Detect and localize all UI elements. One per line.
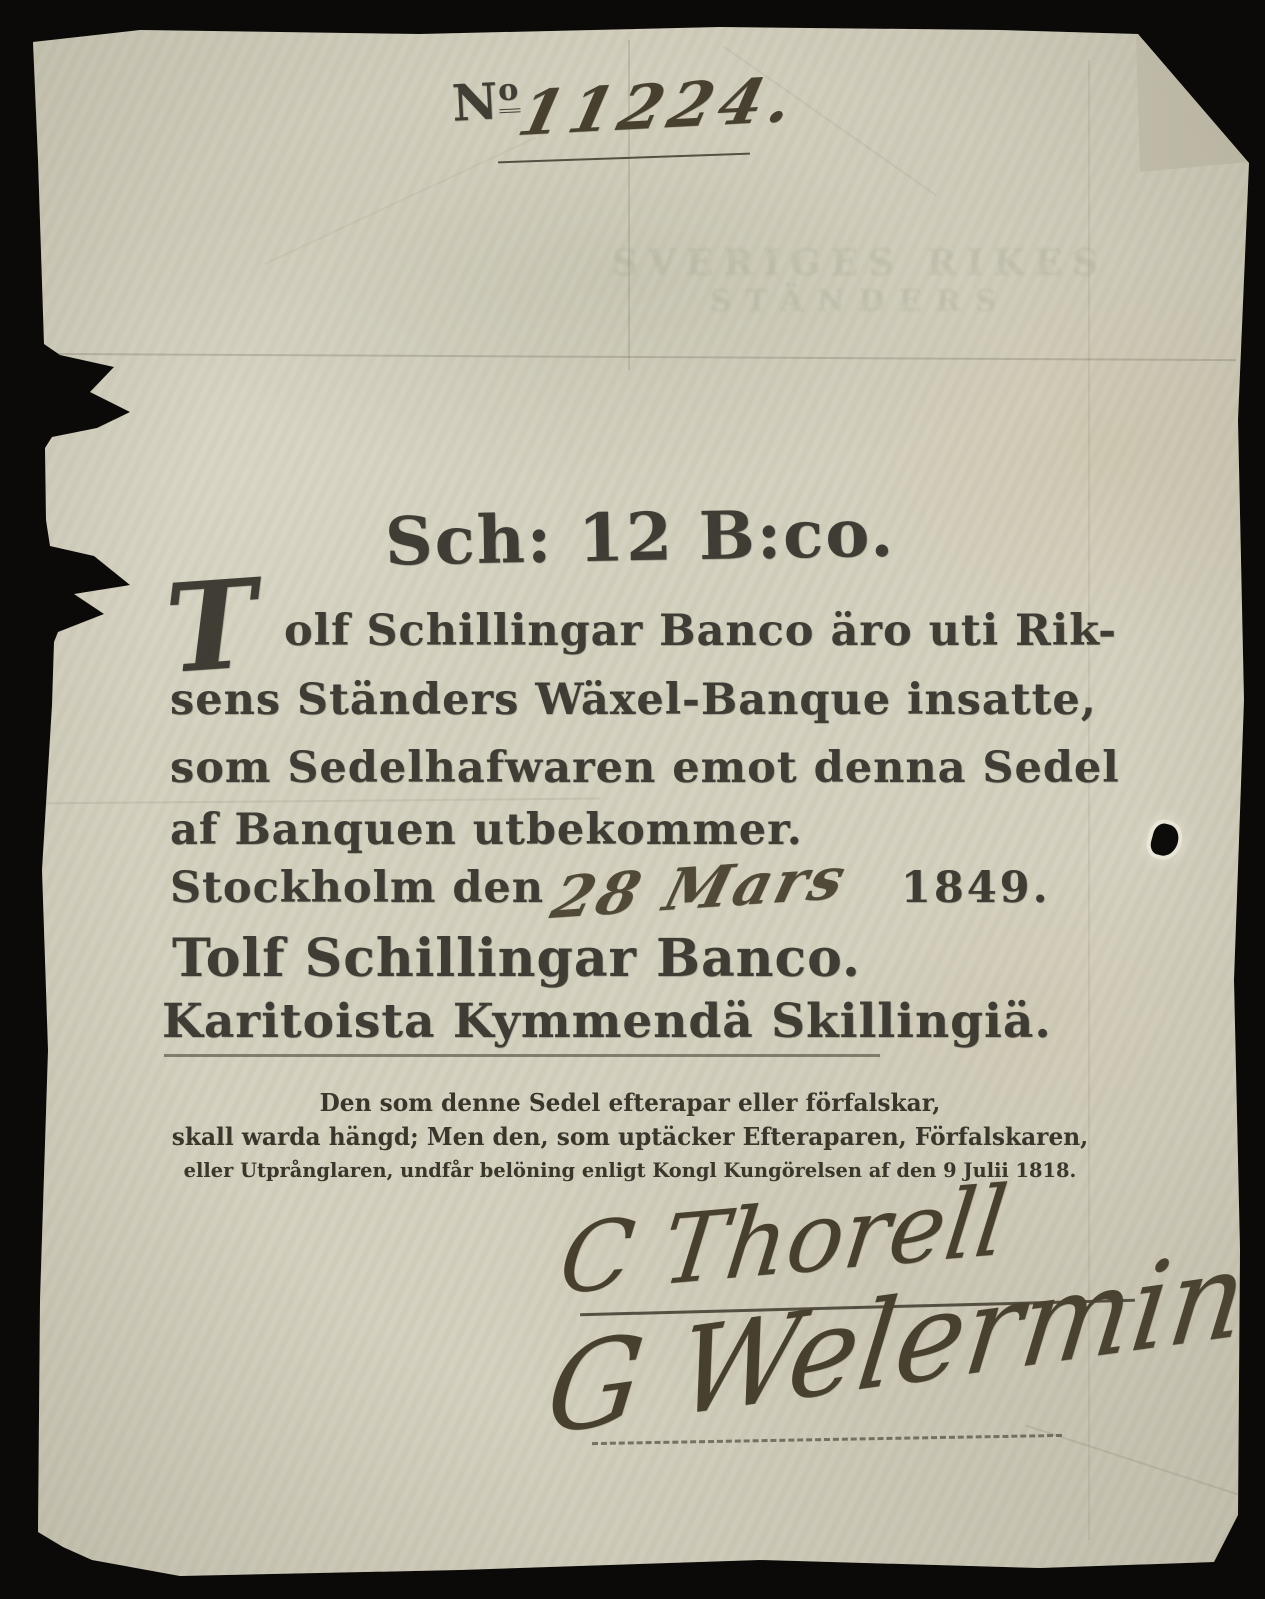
serial-underline: [498, 153, 750, 164]
handwritten-date: 28 Mars: [549, 858, 852, 918]
paper-sheet: SVERIGES RIKES STÄNDERS No 11224. Sch: 1…: [0, 0, 1265, 1599]
crumple-line: [264, 137, 537, 266]
watermark-line: STÄNDERS: [590, 284, 1130, 319]
warning-line: skall warda hängd; Men den, som uptäcker…: [130, 1120, 1129, 1154]
serial-prefix-sup: o: [497, 73, 520, 114]
denomination-header: Sch: 12 B:co.: [319, 492, 960, 581]
serial-number-handwritten: 11224.: [512, 63, 806, 150]
ornate-initial: T: [162, 563, 262, 689]
body-line: af Banquen utbekommer.: [170, 805, 803, 855]
serial-prefix-stamp: No: [451, 70, 522, 132]
date-line: Stockholm den28 Mars1849.: [170, 862, 1051, 913]
date-prefix: Stockholm den: [170, 863, 544, 913]
denomination-swedish: Tolf Schillingar Banco.: [172, 928, 861, 989]
printed-year: 1849.: [901, 863, 1051, 913]
banknote-scan: SVERIGES RIKES STÄNDERS No 11224. Sch: 1…: [0, 0, 1265, 1599]
worm-hole: [1148, 821, 1181, 859]
serial-prefix-letter: N: [451, 71, 501, 132]
body-line: sens Ständers Wäxel-Banque insatte,: [170, 675, 1097, 725]
watermark: SVERIGES RIKES STÄNDERS: [590, 242, 1130, 319]
body-line: som Sedelhafwaren emot denna Sedel: [170, 743, 1120, 793]
warning-line: Den som denne Sedel efterapar eller förf…: [130, 1086, 1129, 1120]
horizontal-crease: [36, 353, 1236, 361]
denomination-finnish: Karitoista Kymmendä Skillingiä.: [162, 994, 1052, 1049]
faint-crease: [40, 798, 600, 805]
body-line: olf Schillingar Banco äro uti Rik-: [284, 606, 1117, 656]
watermark-line: SVERIGES RIKES: [590, 242, 1130, 284]
denomination-underline: [164, 1054, 880, 1057]
